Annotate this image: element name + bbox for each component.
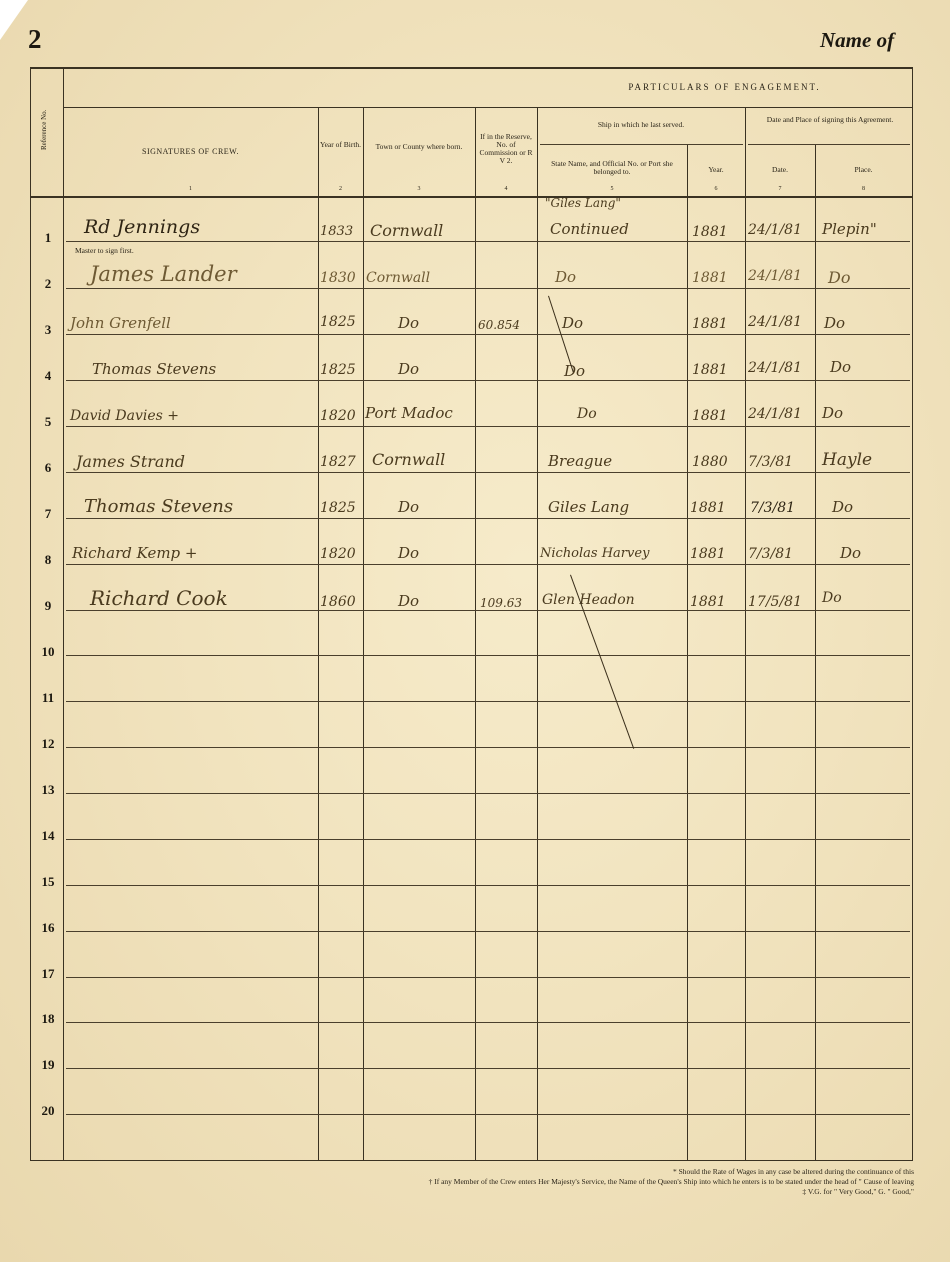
row-rule-7	[66, 518, 910, 519]
ref-number: 16	[36, 920, 60, 936]
header-ship-year: Year.	[687, 166, 745, 174]
last-ship: Do	[555, 268, 576, 286]
signing-place: Hayle	[822, 450, 872, 470]
row-rule-16	[66, 931, 910, 932]
ship-year: 1880	[692, 454, 728, 470]
header-date: Date.	[745, 166, 815, 174]
row-rule-5	[66, 426, 910, 427]
signing-date: 7/3/81	[748, 546, 793, 562]
ref-number: 8	[36, 552, 60, 568]
signing-place: Do	[824, 314, 845, 332]
ref-number: 5	[36, 414, 60, 430]
ref-number: 10	[36, 644, 60, 660]
signing-date: 17/5/81	[748, 594, 802, 610]
year-of-birth: 1825	[320, 314, 356, 330]
col-number-2: 2	[318, 186, 363, 192]
ref-number: 3	[36, 322, 60, 338]
year-of-birth: 1860	[320, 594, 356, 610]
signing-date: 7/3/81	[748, 454, 793, 470]
row-rule-6	[66, 472, 910, 473]
ship-note: "Giles Lang"	[545, 196, 621, 210]
ref-column-divider	[63, 67, 64, 1161]
signing-date: 7/3/81	[750, 500, 795, 516]
ref-number: 7	[36, 506, 60, 522]
last-ship: Do	[564, 362, 585, 380]
col-divider-2	[363, 107, 364, 1161]
row-rule-2	[66, 288, 910, 289]
ref-number: 15	[36, 874, 60, 890]
row-rule-12	[66, 747, 910, 748]
year-of-birth: 1827	[320, 454, 356, 470]
header-signatures: SIGNATURES OF CREW.	[63, 148, 318, 156]
reserve-number: 60.854	[478, 318, 520, 332]
col-number-1: 1	[63, 186, 318, 192]
town-born: Cornwall	[366, 270, 430, 286]
crew-signature: James Lander	[90, 262, 237, 286]
col-number-4: 4	[475, 186, 537, 192]
year-of-birth: 1825	[320, 500, 356, 516]
ref-number: 2	[36, 276, 60, 292]
ref-number: 20	[36, 1103, 60, 1119]
town-born: Do	[398, 592, 419, 610]
col-divider-5	[687, 145, 688, 1161]
last-ship: Giles Lang	[548, 498, 629, 516]
ref-number: 13	[36, 782, 60, 798]
last-ship: Do	[562, 314, 583, 332]
row-rule-9	[66, 610, 910, 611]
row-rule-19	[66, 1068, 910, 1069]
ship-year: 1881	[692, 270, 728, 286]
ship-year: 1881	[692, 316, 728, 332]
ship-year: 1881	[692, 408, 728, 424]
crew-signature: David Davies +	[70, 408, 179, 424]
signing-date: 24/1/81	[748, 222, 802, 238]
header-town-born: Town or County where born.	[363, 143, 475, 151]
page-heading-fragment: Name of	[820, 28, 894, 53]
ship-year: 1881	[690, 500, 726, 516]
row-rule-8	[66, 564, 910, 565]
col-number-3: 3	[363, 186, 475, 192]
signing-date: 24/1/81	[748, 314, 802, 330]
crew-signature: John Grenfell	[70, 314, 171, 332]
year-of-birth: 1825	[320, 362, 356, 378]
town-born: Do	[398, 314, 419, 332]
ref-column-header: Reference No.	[40, 124, 54, 150]
ref-number: 14	[36, 828, 60, 844]
table-bottom-border	[30, 1160, 912, 1161]
table-top-border	[30, 67, 912, 69]
ref-number: 4	[36, 368, 60, 384]
col-number-5: 5	[537, 186, 687, 192]
footnote-asterisk: * Should the Rate of Wages in any case b…	[673, 1167, 914, 1176]
row-rule-11	[66, 701, 910, 702]
col-divider-7	[815, 145, 816, 1161]
ref-number: 12	[36, 736, 60, 752]
section-title: PARTICULARS OF ENGAGEMENT.	[537, 82, 912, 92]
signing-place: Do	[840, 544, 861, 562]
ref-number: 9	[36, 598, 60, 614]
row-rule-15	[66, 885, 910, 886]
row-rule-14	[66, 839, 910, 840]
header-ship-group: Ship in which he last served.	[537, 121, 745, 129]
signing-place: Plepin"	[822, 220, 877, 238]
year-of-birth: 1820	[320, 408, 356, 424]
reserve-number: 109.63	[480, 596, 522, 610]
town-born: Do	[398, 360, 419, 378]
town-born: Cornwall	[372, 450, 445, 469]
last-ship: Do	[577, 406, 597, 422]
crew-signature: Thomas Stevens	[84, 496, 233, 517]
row-rule-17	[66, 977, 910, 978]
signing-place: Do	[830, 358, 851, 376]
col-number-7: 7	[745, 186, 815, 192]
header-subrule	[63, 107, 912, 108]
ref-number: 18	[36, 1011, 60, 1027]
ref-number: 17	[36, 966, 60, 982]
signing-date: 24/1/81	[748, 360, 802, 376]
col-divider-3	[475, 107, 476, 1161]
ref-number: 1	[36, 230, 60, 246]
table-right-border	[912, 67, 913, 1161]
footnote-dagger: † If any Member of the Crew enters Her M…	[429, 1177, 914, 1186]
signing-place: Do	[822, 404, 843, 422]
master-sign-note: Master to sign first.	[75, 246, 134, 255]
row-rule-20	[66, 1114, 910, 1115]
row-rule-4	[66, 380, 910, 381]
ship-year: 1881	[690, 594, 726, 610]
signing-date: 24/1/81	[748, 406, 802, 422]
ship-year: 1881	[692, 362, 728, 378]
town-born: Cornwall	[370, 221, 443, 240]
col-divider-1	[318, 107, 319, 1161]
table-left-border	[30, 67, 31, 1161]
last-ship: Nicholas Harvey	[540, 546, 649, 561]
page-number: 2	[28, 24, 42, 55]
header-reserve: If in the Reserve, No. of Commission or …	[478, 133, 534, 165]
last-ship: Breague	[548, 452, 612, 470]
town-born: Port Madoc	[365, 404, 453, 422]
town-born: Do	[398, 544, 419, 562]
header-signing-group: Date and Place of signing this Agreement…	[760, 116, 900, 124]
col-divider-4	[537, 107, 538, 1161]
crew-signature: Richard Kemp +	[72, 544, 197, 562]
ref-number: 6	[36, 460, 60, 476]
ref-number: 19	[36, 1057, 60, 1073]
year-of-birth: 1820	[320, 546, 356, 562]
ship-year: 1881	[692, 224, 728, 240]
row-rule-1	[66, 241, 910, 242]
crew-signature: Rd Jennings	[84, 216, 200, 238]
ref-number: 11	[36, 690, 60, 706]
header-place: Place.	[815, 166, 912, 174]
header-year-of-birth: Year of Birth.	[318, 141, 363, 149]
row-rule-3	[66, 334, 910, 335]
col-number-6: 6	[687, 186, 745, 192]
row-rule-10	[66, 655, 910, 656]
col-number-8: 8	[815, 186, 912, 192]
header-ship-name: State Name, and Official No. or Port she…	[545, 160, 679, 176]
signing-group-rule	[748, 144, 910, 145]
header-bottom-rule	[30, 196, 912, 198]
signing-place: Do	[822, 590, 842, 606]
signing-place: Do	[828, 268, 850, 287]
footnote-double-dagger: ‡ V.G. for " Very Good," G. " Good,"	[802, 1187, 914, 1196]
year-of-birth: 1833	[320, 224, 353, 239]
folded-corner	[0, 0, 28, 40]
town-born: Do	[398, 498, 419, 516]
crew-signature: James Strand	[76, 452, 185, 471]
col-divider-6	[745, 107, 746, 1161]
last-ship: Continued	[550, 220, 629, 238]
signing-date: 24/1/81	[748, 268, 802, 284]
year-of-birth: 1830	[320, 270, 356, 286]
crew-signature: Richard Cook	[90, 586, 228, 610]
last-ship: Glen Headon	[542, 592, 635, 608]
crew-signature: Thomas Stevens	[92, 360, 216, 378]
row-rule-13	[66, 793, 910, 794]
signing-place: Do	[832, 498, 853, 516]
row-rule-18	[66, 1022, 910, 1023]
ship-year: 1881	[690, 546, 726, 562]
ship-group-rule	[540, 144, 743, 145]
